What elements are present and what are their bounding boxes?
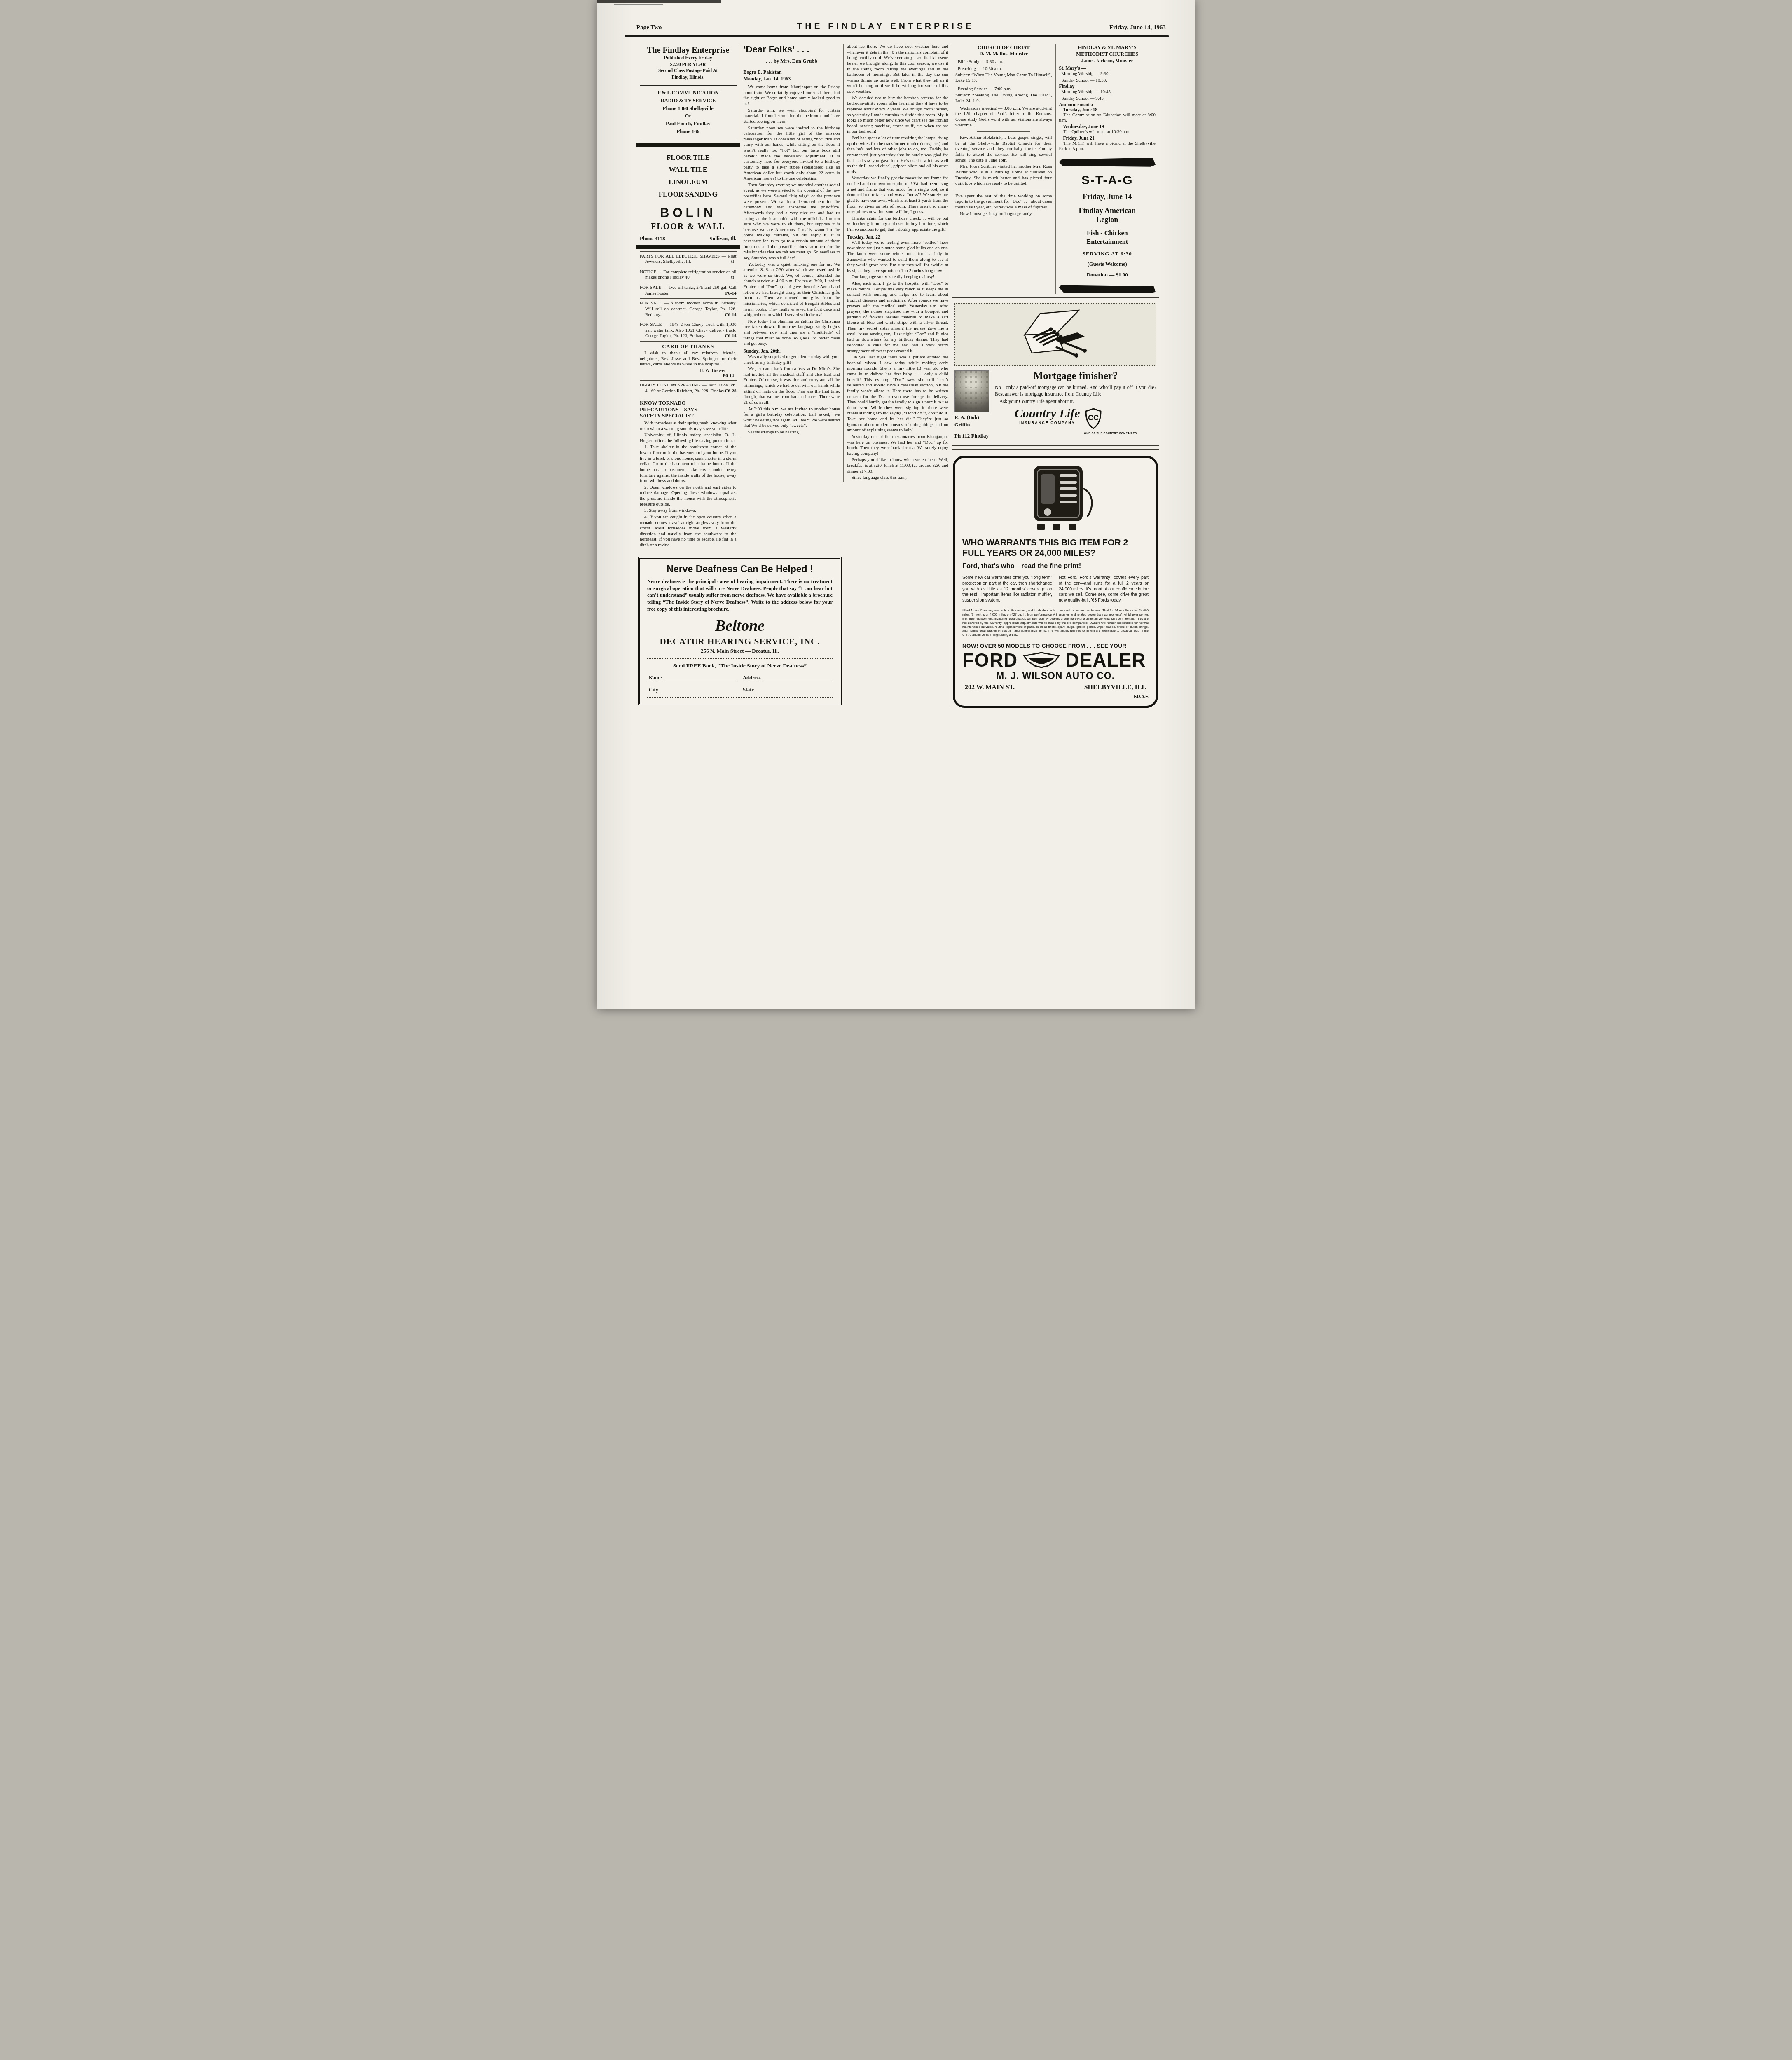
classified-text: FOR SALE — Two oil tanks, 275 and 250 ga… <box>640 285 737 296</box>
matchbox-icon <box>1008 308 1103 361</box>
ad-line: Paul Enoch, Findlay <box>640 120 737 128</box>
dealer-address-row: 202 W. MAIN ST. SHELBYVILLE, ILL <box>962 684 1149 691</box>
field-blank-line <box>764 675 831 681</box>
letter-paragraph: We came home from Khanjanpur on the Frid… <box>744 84 840 107</box>
field-label: Name <box>649 675 662 681</box>
church-of-christ-heading: CHURCH OF CHRIST <box>955 44 1052 51</box>
column-2: ‘Dear Folks’ . . . . . . by Mrs. Dan Gru… <box>740 44 844 436</box>
methodist-minister: James Jackson, Minister <box>1059 58 1156 64</box>
section-rule <box>955 190 1052 190</box>
column-1: The Findlay Enterprise Published Every F… <box>636 44 740 551</box>
classified-item: HI-BOY CUSTOM SPRAYING — John Luce, Ph. … <box>640 380 737 396</box>
stag-menu: Fish - Chicken Entertainment <box>1059 229 1156 247</box>
ad-line: Phone 166 <box>640 128 737 136</box>
beltone-address: 256 N. Main Street — Decatur, Ill. <box>647 648 833 654</box>
beltone-ad: Nerve Deafness Can Be Helped ! Nerve dea… <box>638 557 842 705</box>
beltone-body: Nerve deafness is the principal cause of… <box>647 578 833 613</box>
card-of-thanks-body: I wish to thank all my relatives, friend… <box>640 351 737 368</box>
mortgage-ad-text: Mortgage finisher? No—only a paid-off mo… <box>995 370 1156 439</box>
card-of-thanks-tag: P6-14 <box>640 373 737 378</box>
ad-divider-bar <box>636 143 740 147</box>
scan-artifact <box>597 0 721 3</box>
letter-paragraph: Our language study is really keeping us … <box>847 274 948 280</box>
classified-item: PARTS FOR ALL ELECTRIC SHAVERS — Platt J… <box>640 251 737 267</box>
announcement-text: The Quilter’s will meet at 10:30 a.m. <box>1059 129 1156 135</box>
dear-folks-dateline: Bogra E. Pakistan Monday, Jan. 14, 1963 <box>744 69 840 82</box>
bolin-city: Sullivan, Ill. <box>710 236 737 242</box>
beltone-coupon: Send FREE Book, “The Inside Story of Ner… <box>647 658 833 698</box>
coupon-name-field: Name <box>649 675 737 681</box>
service-line: Morning Worship — 10:45. <box>1059 89 1156 95</box>
letter-paragraph: We decided not to buy the bamboo screens… <box>847 96 948 135</box>
section-rule <box>952 297 1159 298</box>
bolin-service: WALL TILE <box>640 164 737 176</box>
ford-dealer-brand-row: FORD DEALER <box>962 651 1149 669</box>
letter-paragraph: Seems strange to be hearing <box>744 430 840 435</box>
classified-text: FOR SALE — 6 room modern home in Bethany… <box>640 301 737 317</box>
service-line: Subject: “Seeking The Living Among The D… <box>955 93 1052 104</box>
radio-illustration <box>1010 463 1101 534</box>
ad-line: P & L COMMUNICATION <box>640 89 737 97</box>
letter-paragraph: Then Saturday evening we attended anothe… <box>744 183 840 261</box>
classified-item: FOR SALE — Two oil tanks, 275 and 250 ga… <box>640 283 737 298</box>
classified-tag: C6-28 <box>730 389 736 394</box>
dealer-wordmark: DEALER <box>1065 651 1146 669</box>
ford-ad-copy-right: Not Ford. Ford’s warranty* covers every … <box>1059 575 1149 604</box>
announcement-date: Wednesday, June 19 <box>1059 124 1156 129</box>
tornado-paragraph: 2. Open windows on the north and east si… <box>640 485 737 508</box>
dealer-street: 202 W. MAIN ST. <box>965 684 1015 691</box>
svg-text:CC: CC <box>1088 414 1099 422</box>
dealer-name: M. J. WILSON AUTO CO. <box>962 670 1149 681</box>
card-of-thanks-signature: H. W. Brewer <box>640 368 737 373</box>
country-life-ad: R. A. (Bob) Griffin Ph 112 Findlay Mortg… <box>954 370 1156 439</box>
announcement-text: The M.Y.F. will have a picnic at the She… <box>1059 141 1156 152</box>
stag-guests: (Guests Welcome) <box>1059 261 1156 267</box>
newspaper-page: Page Two THE FINDLAY ENTERPRISE Friday, … <box>597 0 1195 1009</box>
letter-paragraph: Was really surprised to get a letter tod… <box>744 354 840 365</box>
field-blank-line <box>665 675 737 681</box>
church-of-christ-minister: D. M. Mathis, Minister <box>955 51 1052 57</box>
letter-paragraph: Saturday a.m. we went shopping for curta… <box>744 108 840 125</box>
bolin-service: FLOOR SANDING <box>640 188 737 201</box>
agent-phone: Ph 112 Findlay <box>954 433 991 439</box>
beltone-headline: Nerve Deafness Can Be Helped ! <box>647 564 833 575</box>
page-header: Page Two THE FINDLAY ENTERPRISE Friday, … <box>597 0 1195 34</box>
masthead-box: The Findlay Enterprise Published Every F… <box>640 44 737 86</box>
classified-tag: P6-14 <box>731 291 737 297</box>
classified-section: PARTS FOR ALL ELECTRIC SHAVERS — Platt J… <box>640 251 737 342</box>
service-line: Preaching — 10:30 a.m. <box>955 66 1052 72</box>
coupon-address-field: Address <box>743 675 831 681</box>
letter-paragraph: Thanks again for the birthday check. It … <box>847 216 948 233</box>
mortgage-body: No—only a paid-off mortgage can be burne… <box>995 384 1156 397</box>
beltone-company: DECATUR HEARING SERVICE, INC. <box>647 637 833 647</box>
mortgage-cta: Ask your Country Life agent about it. <box>995 398 1156 405</box>
ford-warranty-ad: WHO WARRANTS THIS BIG ITEM FOR 2 FULL YE… <box>953 456 1158 708</box>
letter-subhead: Sunday, Jan. 20th. <box>744 349 840 354</box>
service-line: Bible Study — 9:30 a.m. <box>955 59 1052 65</box>
bolin-service: LINOLEUM <box>640 176 737 188</box>
pl-communication-ad: P & L COMMUNICATION RADIO & TV SERVICE P… <box>640 86 737 140</box>
letter-paragraph: Saturday noon we were invited to the bir… <box>744 126 840 182</box>
agent-photo <box>954 370 989 412</box>
letter-paragraph: Earl has spent a lot of time rewiring th… <box>847 136 948 175</box>
classified-text: FOR SALE — 1948 2-ton Chevy truck with 1… <box>640 322 737 338</box>
letter-paragraph: At 3:00 this p.m. we are invited to anot… <box>744 407 840 429</box>
service-line: Sunday School — 9:45. <box>1059 96 1156 101</box>
tornado-paragraph: 1. Take shelter in the southwest corner … <box>640 445 737 484</box>
bolin-ad: FLOOR TILE WALL TILE LINOLEUM FLOOR SAND… <box>640 149 737 243</box>
masthead-line: Findlay, Illinois. <box>640 75 737 81</box>
ford-ad-fine-print: *Ford Motor Company warrants to its deal… <box>962 609 1149 637</box>
tornado-article: KNOW TORNADO PRECAUTIONS—SAYS SAFETY SPE… <box>640 396 737 551</box>
service-line: Wednesday meeting — 8:00 p.m. We are stu… <box>955 106 1052 129</box>
dear-folks-byline: . . . by Mrs. Dan Grubb <box>744 58 840 64</box>
tornado-paragraph: With tornadoes at their spring peak, kno… <box>640 421 737 432</box>
section-rule <box>952 445 1159 446</box>
announcement-date: Friday, June 21 <box>1059 136 1156 141</box>
classified-tag: C6-14 <box>730 312 736 318</box>
ad-torn-bar <box>1059 284 1156 293</box>
ad-divider-bar <box>636 245 740 249</box>
bolin-phone: Phone 3178 <box>640 236 665 242</box>
stag-donation: Donation — $1.00 <box>1059 272 1156 278</box>
field-label: Address <box>743 675 761 681</box>
scan-artifact <box>614 4 663 5</box>
service-line: Morning Worship — 9:30. <box>1059 71 1156 77</box>
bolin-tagline: FLOOR & WALL <box>640 222 737 232</box>
issue-date: Friday, June 14, 1963 <box>1109 24 1166 31</box>
letter-paragraph: Well today we’re feeling even more “sett… <box>847 240 948 274</box>
classified-item: FOR SALE — 6 room modern home in Bethany… <box>640 298 737 320</box>
ad-line: Phone 1860 Shelbyville <box>640 105 737 112</box>
classified-text: HI-BOY CUSTOM SPRAYING — John Luce, Ph. … <box>640 383 737 393</box>
country-life-shield-icon: CC <box>1084 408 1102 429</box>
ford-wordmark: FORD <box>962 651 1018 669</box>
agent-block: R. A. (Bob) Griffin Ph 112 Findlay <box>954 370 991 439</box>
field-label: City <box>649 687 658 693</box>
service-line: Evening Service — 7:00 p.m. <box>955 86 1052 92</box>
coupon-offer-line: Send FREE Book, “The Inside Story of Ner… <box>649 662 831 669</box>
congregation-label: St. Mary’s — <box>1059 66 1156 71</box>
country-life-subtitle: INSURANCE COMPANY <box>1014 421 1080 425</box>
field-label: State <box>743 687 754 693</box>
letter-subhead: Tuesday, Jan. 22 <box>847 235 948 240</box>
column-4: CHURCH OF CHRIST D. M. Mathis, Minister … <box>952 44 1055 218</box>
tornado-paragraph: University of Illinois safety specialist… <box>640 433 737 444</box>
local-news-paragraph: Mrs. Flora Scribner visited her mother M… <box>955 164 1052 187</box>
letter-paragraph: Now I must get busy on language study. <box>955 211 1052 217</box>
bolin-service: FLOOR TILE <box>640 152 737 164</box>
ford-ad-subhead: Ford, that’s who—read the fine print! <box>962 562 1149 570</box>
ford-fdaf-code: F.D.A.F. <box>962 695 1149 699</box>
ford-ad-copy-left: Some new car warranties offer you “long-… <box>962 575 1052 604</box>
card-of-thanks-heading: CARD OF THANKS <box>640 344 737 350</box>
methodist-heading: FINDLAY & ST. MARY’S METHODIST CHURCHES <box>1059 44 1156 58</box>
ford-ad-headline: WHO WARRANTS THIS BIG ITEM FOR 2 FULL YE… <box>962 538 1149 558</box>
classified-item: FOR SALE — 1948 2-ton Chevy truck with 1… <box>640 320 737 341</box>
stag-date: Friday, June 14 <box>1059 192 1156 201</box>
field-blank-line <box>662 687 737 693</box>
masthead-line: Published Every Friday <box>640 55 737 62</box>
letter-paragraph: Perhaps you’d like to know when we eat h… <box>847 457 948 474</box>
dealer-city: SHELBYVILLE, ILL <box>1084 684 1146 691</box>
local-news-paragraph: Rev. Arthur Holzbrink, a bass gospel sin… <box>955 135 1052 163</box>
letter-paragraph: about ice there. We do have cool weather… <box>847 44 948 95</box>
masthead-line: Second Class Postage Paid At <box>640 68 737 75</box>
agent-name: R. A. (Bob) Griffin <box>954 414 991 428</box>
ford-models-line: NOW! OVER 50 MODELS TO CHOOSE FROM . . .… <box>962 643 1149 649</box>
bolin-brand: BOLIN <box>640 206 737 220</box>
column-3: about ice there. We do have cool weather… <box>843 44 952 482</box>
matchbox-illustration-box <box>954 303 1156 366</box>
stag-venue: Findlay American Legion <box>1059 206 1156 225</box>
tornado-heading: KNOW TORNADO PRECAUTIONS—SAYS SAFETY SPE… <box>640 400 737 419</box>
section-rule <box>977 131 1030 132</box>
letter-paragraph: Yesterday one of the missionaries from K… <box>847 434 948 457</box>
stag-serving: SERVING AT 6:30 <box>1059 250 1156 257</box>
beltone-brand: Beltone <box>647 617 833 635</box>
country-life-logo: Country Life INSURANCE COMPANY CC ONE OF… <box>995 408 1156 435</box>
letter-paragraph: Now today I’m planning on getting the Ch… <box>744 319 840 347</box>
ford-crest-icon <box>1022 652 1060 668</box>
letter-paragraph: Since language class this a.m., <box>847 475 948 481</box>
classified-text: PARTS FOR ALL ELECTRIC SHAVERS — Platt J… <box>640 254 737 265</box>
country-life-tagline: ONE OF THE COUNTRY COMPANIES <box>1084 432 1137 435</box>
letter-paragraph: Also, each a.m. I go to the hospital wit… <box>847 281 948 354</box>
classified-item: NOTICE — For complete refrigeration serv… <box>640 267 737 283</box>
masthead-title: The Findlay Enterprise <box>640 46 737 55</box>
coupon-state-field: State <box>743 687 831 693</box>
classified-text: NOTICE — For complete refrigeration serv… <box>640 269 737 280</box>
ad-torn-bar <box>1059 158 1156 167</box>
right-column-pair: CHURCH OF CHRIST D. M. Mathis, Minister … <box>952 44 1159 708</box>
mortgage-headline: Mortgage finisher? <box>995 370 1156 382</box>
masthead-line: $2.50 PER YEAR <box>640 62 737 68</box>
page-number: Page Two <box>636 24 662 31</box>
letter-paragraph: Oh yes, last night there was a patient e… <box>847 355 948 433</box>
ad-line: RADIO & TV SERVICE <box>640 97 737 105</box>
announcement-date: Tuesday, June 18 <box>1059 108 1156 112</box>
newspaper-title: THE FINDLAY ENTERPRISE <box>797 21 974 31</box>
letter-paragraph: Yesterday was a quiet, relaxing one for … <box>744 262 840 318</box>
section-rule <box>952 449 1159 450</box>
field-blank-line <box>757 687 831 693</box>
stag-ad: S-T-A-G Friday, June 14 Findlay American… <box>1059 158 1156 293</box>
country-life-wordmark: Country Life <box>1014 408 1080 419</box>
congregation-label: Findlay — <box>1059 84 1156 89</box>
left-column-pair: The Findlay Enterprise Published Every F… <box>636 44 843 705</box>
letter-paragraph: Yesterday we finally got the mosquito ne… <box>847 176 948 215</box>
classified-tag: C6-14 <box>730 333 736 339</box>
tornado-paragraph: 4. If you are caught in the open country… <box>640 515 737 548</box>
announcement-text: The Commission on Education will meet at… <box>1059 112 1156 124</box>
announcements-label: Announcements: <box>1059 103 1156 108</box>
tornado-paragraph: 3. Stay away from windows. <box>640 508 737 514</box>
service-line: Sunday School — 10:30. <box>1059 77 1156 83</box>
column-5: FINDLAY & ST. MARY’S METHODIST CHURCHES … <box>1055 44 1159 294</box>
letter-paragraph: We just came back from a feast at Dr. Mi… <box>744 366 840 405</box>
page-body: The Findlay Enterprise Published Every F… <box>597 37 1195 724</box>
letter-paragraph: I’ve spent the rest of the time working … <box>955 194 1052 211</box>
service-line: Subject: “When The Young Man Came To Him… <box>955 73 1052 84</box>
coupon-city-field: City <box>649 687 737 693</box>
dear-folks-title: ‘Dear Folks’ . . . <box>744 44 840 55</box>
card-of-thanks: CARD OF THANKS I wish to thank all my re… <box>640 341 737 380</box>
stag-title: S-T-A-G <box>1059 173 1156 187</box>
ad-line: Or <box>640 112 737 120</box>
